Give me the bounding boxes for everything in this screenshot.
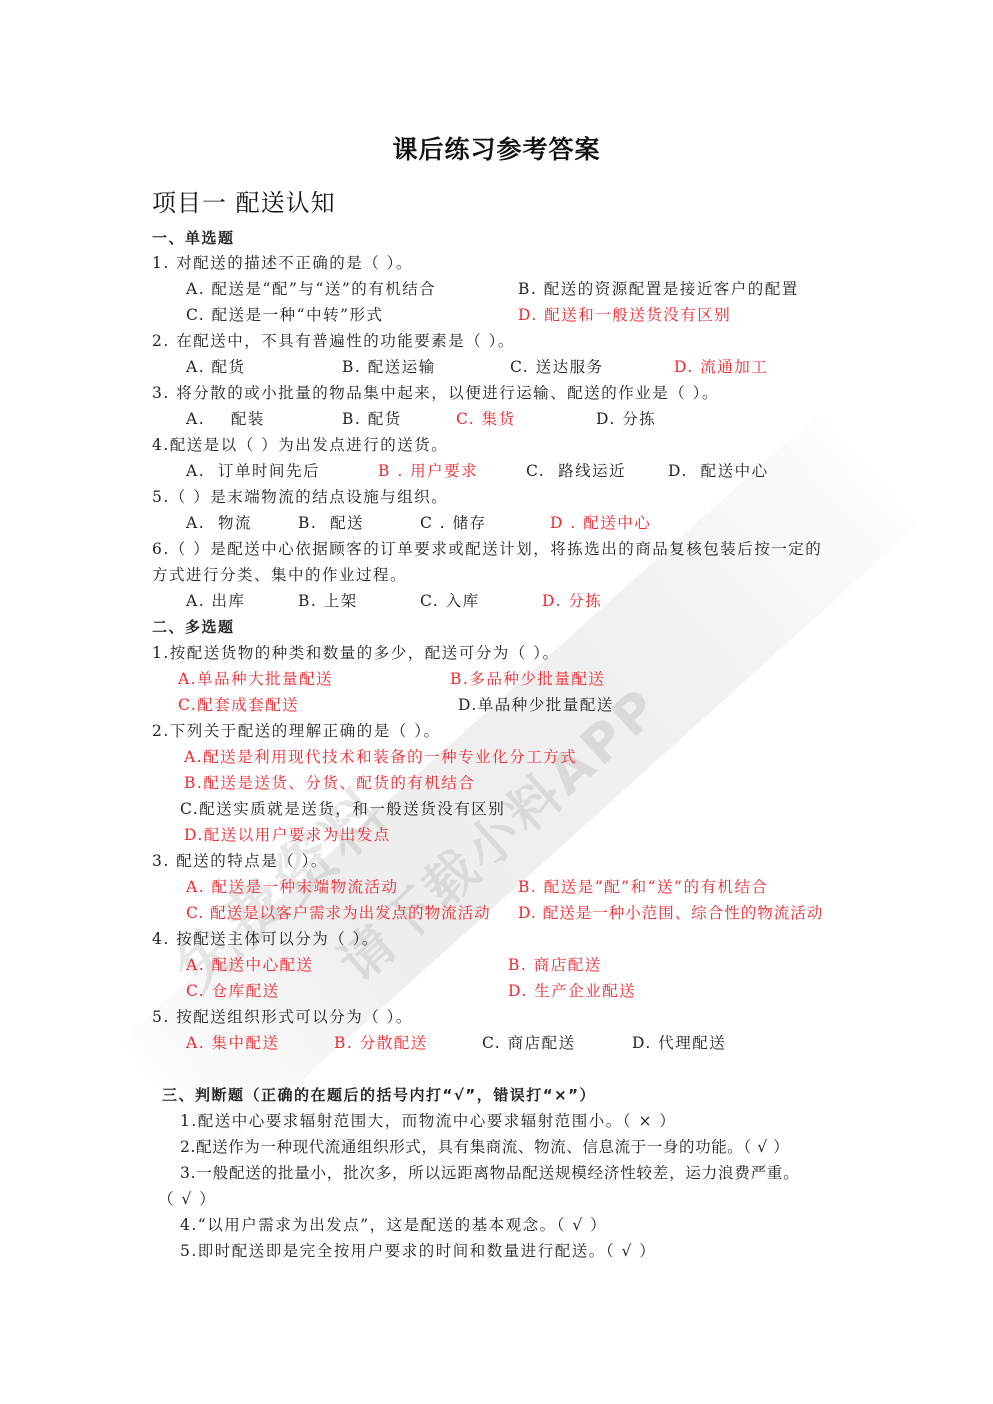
question-text: 5. 按配送组织形式可以分为（ ）。 xyxy=(152,1006,413,1028)
question-text: 5.（ ）是末端物流的结点设施与组织。 xyxy=(152,486,448,508)
option-a-answer: A.配送是利用现代技术和装备的一种专业化分工方式 xyxy=(184,746,577,768)
option-d: D. 配送中心 xyxy=(668,460,769,482)
option-c: C. 配送是一种“中转”形式 xyxy=(186,304,384,326)
section-heading-true-false: 三、判断题（正确的在题后的括号内打“√”，错误打“×”） xyxy=(162,1084,596,1106)
judgment-item-continued: （ √ ） xyxy=(158,1188,216,1210)
option-b-answer: B.配送是送货、分货、配货的有机结合 xyxy=(184,772,475,794)
option-a: A. 物流 xyxy=(186,512,252,534)
option-b: B. 配送运输 xyxy=(342,356,436,378)
option-c-answer: C. 配送是以客户需求为出发点的物流活动 xyxy=(186,902,491,924)
option-b-answer: B. 分散配送 xyxy=(334,1032,428,1054)
option-b: B. 上架 xyxy=(298,590,358,612)
section-heading-single-choice: 一、单选题 xyxy=(152,227,235,249)
option-a: A. 配送是“配”与“送”的有机结合 xyxy=(186,278,436,300)
option-b-answer: B . 用户要求 xyxy=(378,460,478,482)
option-d-answer: D. 流通加工 xyxy=(674,356,768,378)
option-c: C. 送达服务 xyxy=(510,356,604,378)
option-d-answer: D. 配送和一般送货没有区别 xyxy=(518,304,731,326)
option-d-answer: D. 生产企业配送 xyxy=(508,980,636,1002)
question-text: 2. 在配送中，不具有普遍性的功能要素是（ ）。 xyxy=(152,330,515,352)
option-c: C. 入库 xyxy=(420,590,480,612)
option-b: B. 配货 xyxy=(342,408,402,430)
option-d: D. 分拣 xyxy=(596,408,656,430)
question-text: 4.配送是以（ ）为出发点进行的送货。 xyxy=(152,434,448,456)
option-d-answer: D.配送以用户要求为出发点 xyxy=(184,824,391,846)
option-d-answer: D . 配送中心 xyxy=(550,512,651,534)
option-d-answer: D. 配送是一种小范围、综合性的物流活动 xyxy=(518,902,823,924)
question-text: 3. 配送的特点是（ ）。 xyxy=(152,850,328,872)
option-b-answer: B.多品种少批量配送 xyxy=(450,668,605,690)
option-a-answer: A.单品种大批量配送 xyxy=(178,668,333,690)
option-b: B. 配送的资源配置是接近客户的配置 xyxy=(518,278,799,300)
option-c: C. 商店配送 xyxy=(482,1032,576,1054)
option-c-answer: C.配套成套配送 xyxy=(178,694,299,716)
judgment-item: 2.配送作为一种现代流通组织形式，具有集商流、物流、信息流于一身的功能。（ √ … xyxy=(180,1136,789,1158)
question-text: 3. 将分散的或小批量的物品集中起来，以便进行运输、配送的作业是（ ）。 xyxy=(152,382,719,404)
option-d: D. 代理配送 xyxy=(632,1032,726,1054)
document-title: 课后练习参考答案 xyxy=(0,130,993,166)
option-c-answer: C. 仓库配送 xyxy=(186,980,280,1002)
option-d-answer: D. 分拣 xyxy=(542,590,602,612)
question-text: 2.下列关于配送的理解正确的是（ ）。 xyxy=(152,720,440,742)
question-text: 6.（ ）是配送中心依据顾客的订单要求或配送计划，将拣选出的商品复核包装后按一定… xyxy=(152,538,822,560)
option-b-answer: B. 配送是“配”和“送”的有机结合 xyxy=(518,876,768,898)
question-text-continued: 方式进行分类、集中的作业过程。 xyxy=(152,564,407,586)
option-c: C . 储存 xyxy=(420,512,487,534)
option-b: B. 配送 xyxy=(298,512,364,534)
project-title: 项目一 配送认知 xyxy=(152,183,336,218)
option-d: D.单品种少批量配送 xyxy=(458,694,614,716)
question-text: 1.按配送货物的种类和数量的多少，配送可分为（ ）。 xyxy=(152,642,559,664)
judgment-item: 4.“以用户需求为出发点”，这是配送的基本观念。（ √ ） xyxy=(180,1214,607,1236)
section-heading-multiple-choice: 二、多选题 xyxy=(152,616,235,638)
judgment-item: 5.即时配送即是完全按用户要求的时间和数量进行配送。（ √ ） xyxy=(180,1240,656,1262)
option-c: C. 路线运近 xyxy=(526,460,626,482)
option-a: A. 配货 xyxy=(186,356,246,378)
question-text: 1. 对配送的描述不正确的是（ ）。 xyxy=(152,252,413,274)
option-a: A. 配装 xyxy=(186,408,265,430)
option-c-answer: C. 集货 xyxy=(456,408,516,430)
judgment-item: 3.一般配送的批量小，批次多，所以远距离物品配送规模经济性较差，运力浪费严重。 xyxy=(180,1162,800,1184)
option-b-answer: B. 商店配送 xyxy=(508,954,602,976)
option-a-answer: A. 配送中心配送 xyxy=(186,954,314,976)
option-a: A. 出库 xyxy=(186,590,246,612)
judgment-item: 1.配送中心要求辐射范围大，而物流中心要求辐射范围小。（ × ） xyxy=(180,1110,676,1132)
option-a-answer: A. 集中配送 xyxy=(186,1032,280,1054)
option-c: C.配送实质就是送货，和一般送货没有区别 xyxy=(180,798,505,820)
option-a: A. 订单时间先后 xyxy=(186,460,320,482)
option-a-answer: A. 配送是一种末端物流活动 xyxy=(186,876,399,898)
question-text: 4. 按配送主体可以分为（ ）。 xyxy=(152,928,379,950)
